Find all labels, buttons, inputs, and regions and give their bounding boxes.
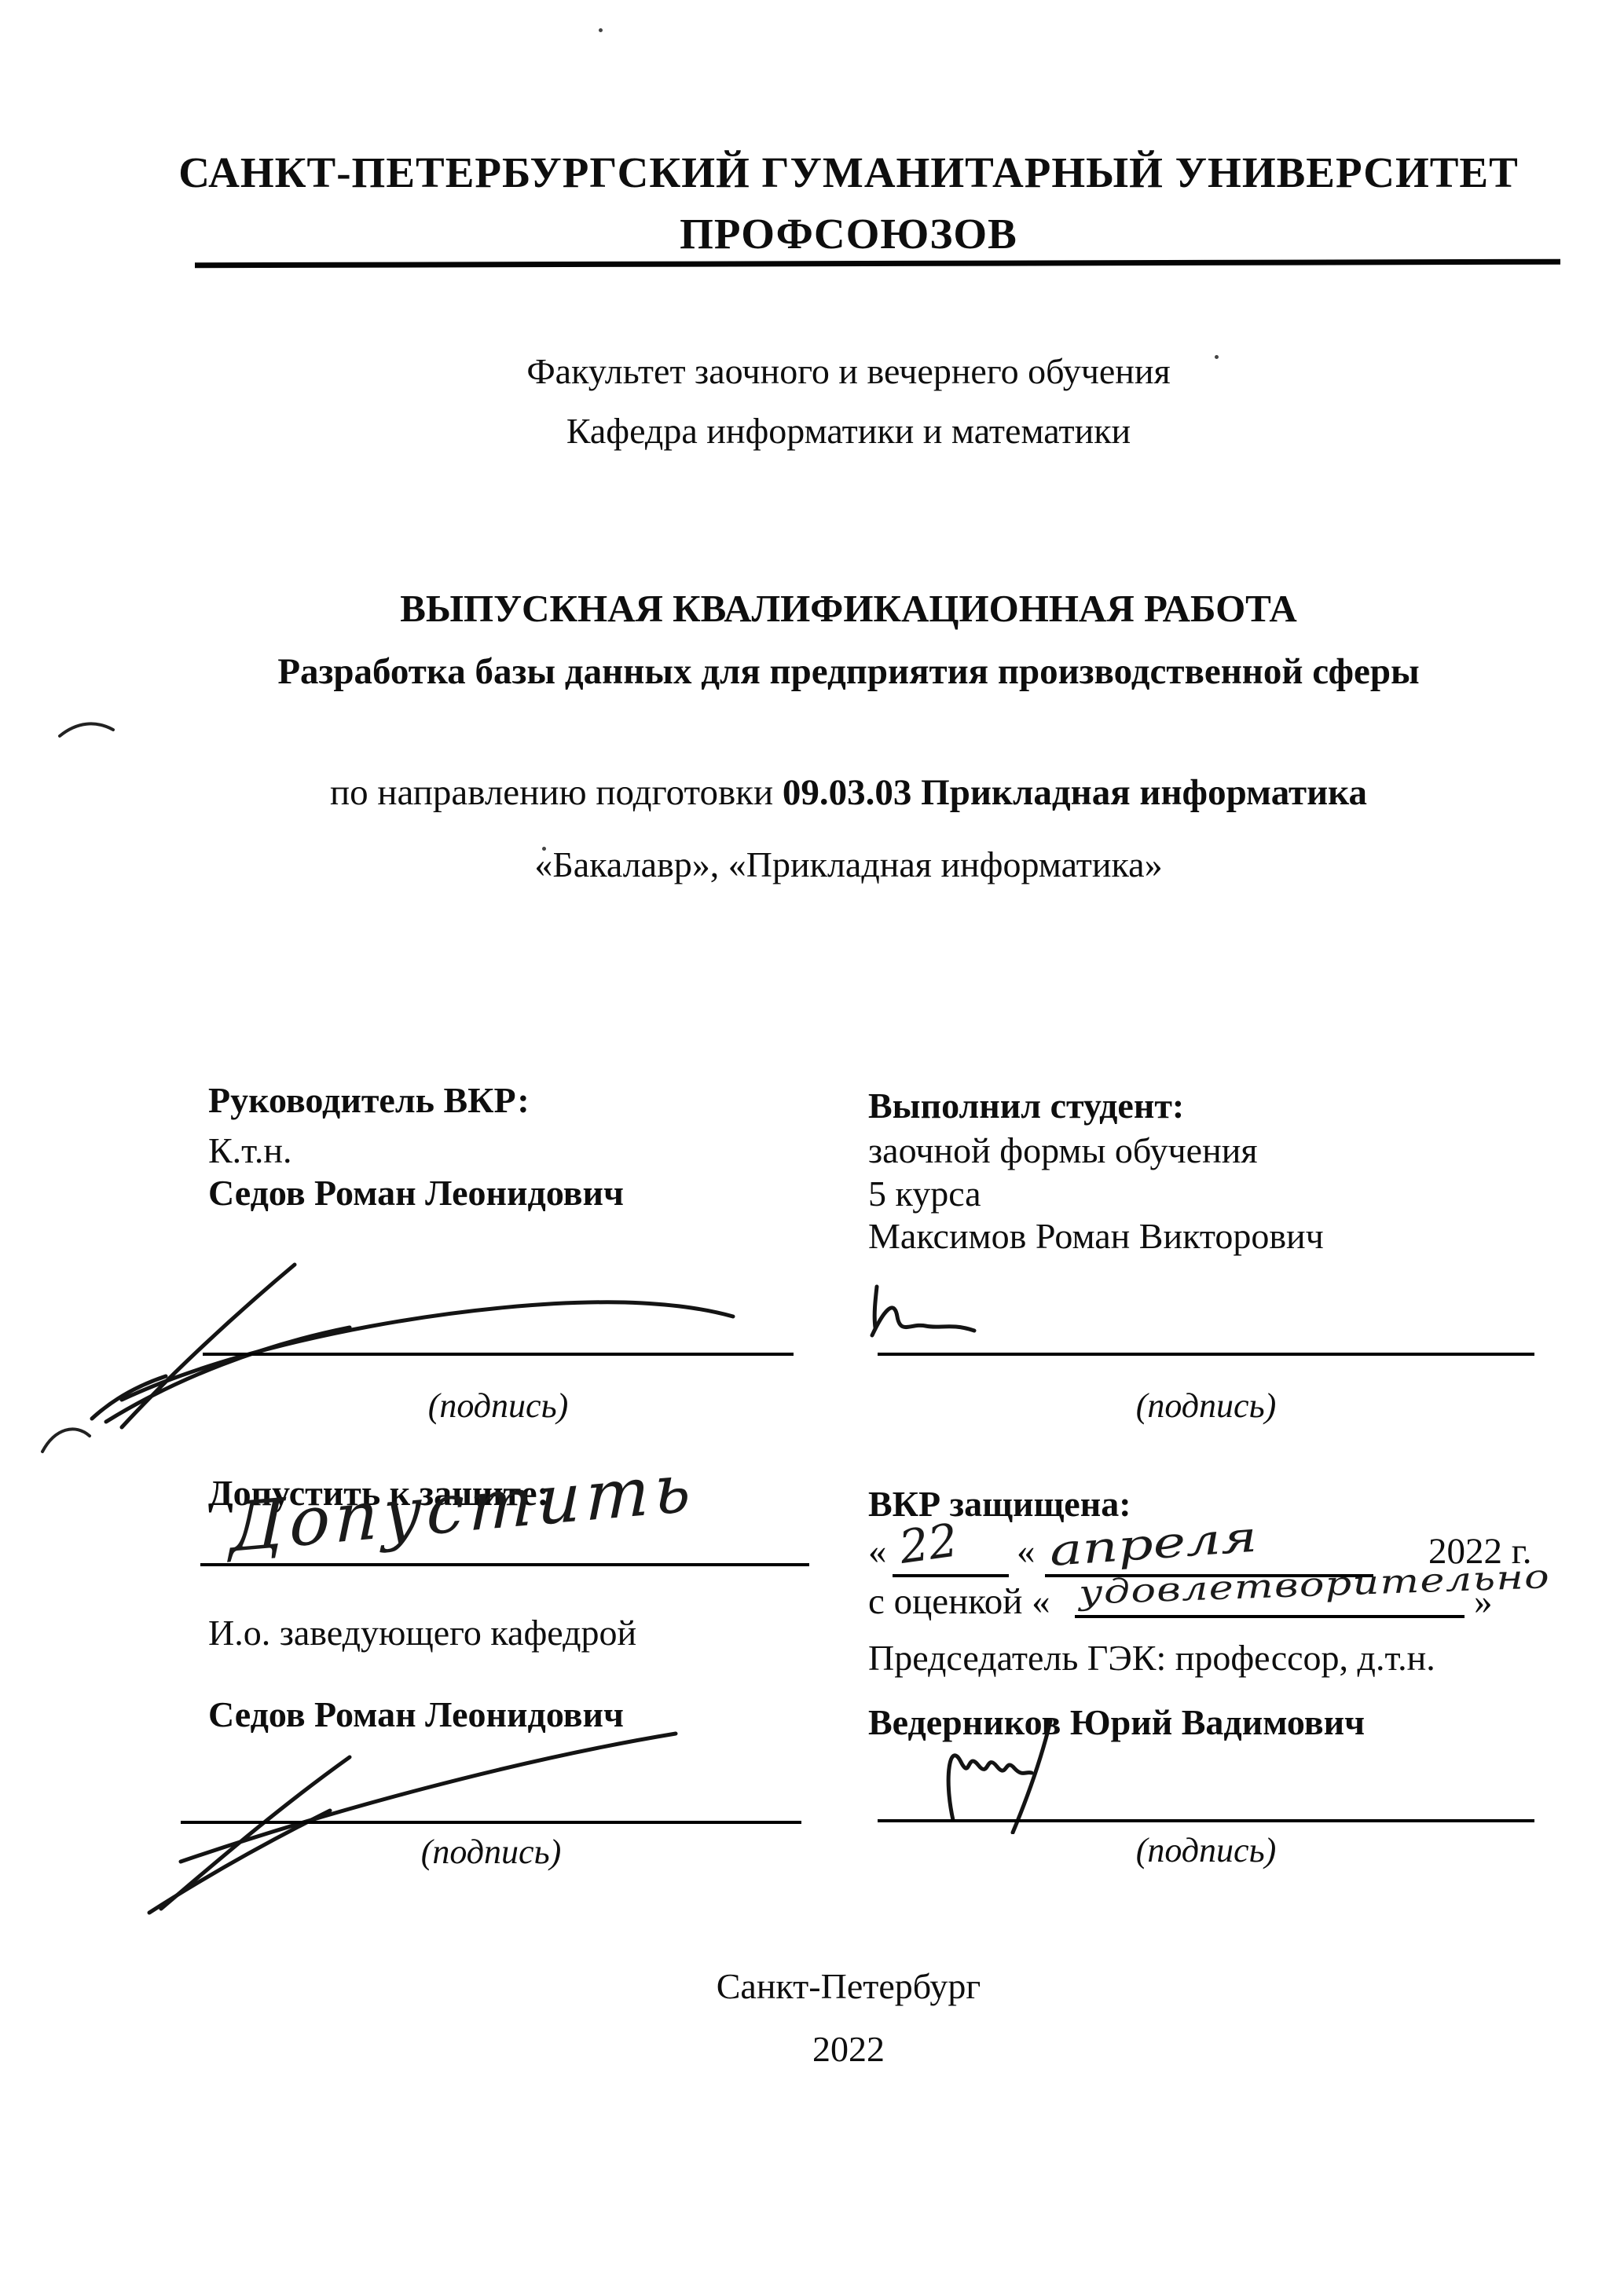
direction-line: по направлению подготовки 09.03.03 Прикл… <box>134 771 1564 814</box>
header-rule <box>195 259 1560 269</box>
defense-month-quote: « <box>1017 1530 1036 1573</box>
defense-grade-underline: удовлетворительно <box>1075 1566 1465 1618</box>
qualification-line: «Бакалавр», «Прикладная информатика» <box>134 844 1564 885</box>
student-heading: Выполнил студент: <box>868 1085 1184 1126</box>
direction-prefix: по направлению подготовки <box>330 772 783 813</box>
department-line: Кафедра информатики и математики <box>134 410 1564 452</box>
student-course: 5 курса <box>868 1173 981 1214</box>
supervisor-name: Седов Роман Леонидович <box>208 1172 624 1214</box>
defense-handwritten-day: 22 <box>896 1513 962 1574</box>
direction-code: 09.03.03 Прикладная информатика <box>783 772 1367 813</box>
defense-grade-prefix: с оценкой « <box>868 1580 1050 1623</box>
supervisor-signature-caption: (подпись) <box>203 1386 794 1426</box>
admission-resolution-line <box>200 1563 809 1566</box>
chairman-title: Председатель ГЭК: профессор, д.т.н. <box>868 1637 1435 1679</box>
student-study-form: заочной формы обучения <box>868 1130 1258 1171</box>
supervisor-heading: Руководитель ВКР: <box>208 1079 530 1121</box>
admission-signature-line <box>181 1821 801 1824</box>
admission-role: И.о. заведующего кафедрой <box>208 1612 636 1653</box>
city-line: Санкт-Петербург <box>134 1965 1564 2007</box>
student-signature <box>863 1279 996 1353</box>
university-name-line2: ПРОФСОЮЗОВ <box>134 209 1564 258</box>
supervisor-degree: К.т.н. <box>208 1130 291 1171</box>
defense-grade-suffix: » <box>1474 1580 1493 1623</box>
year-line: 2022 <box>134 2028 1564 2070</box>
student-signature-caption: (подпись) <box>878 1386 1534 1426</box>
stray-pen-mark <box>55 711 118 742</box>
supervisor-signature-line <box>203 1353 794 1356</box>
defense-signature-line <box>878 1819 1534 1822</box>
chairman-signature <box>931 1716 1080 1834</box>
university-name-line1: САНКТ-ПЕТЕРБУРГСКИЙ ГУМАНИТАРНЫЙ УНИВЕРС… <box>134 148 1564 197</box>
admission-signature-caption: (подпись) <box>181 1832 801 1872</box>
faculty-line: Факультет заочного и вечернего обучения <box>134 350 1564 392</box>
defense-day-quote: « <box>868 1530 887 1573</box>
work-type-title: ВЫПУСКНАЯ КВАЛИФИКАЦИОННАЯ РАБОТА <box>134 586 1564 631</box>
scan-speck <box>599 28 603 32</box>
student-signature-line <box>878 1353 1534 1356</box>
defense-day-underline: 22 <box>893 1514 1009 1577</box>
admission-handwritten-resolution: Допустить <box>229 1448 696 1568</box>
work-title: Разработка базы данных для предприятия п… <box>134 650 1564 693</box>
document-page: САНКТ-ПЕТЕРБУРГСКИЙ ГУМАНИТАРНЫЙ УНИВЕРС… <box>0 0 1624 2296</box>
student-name: Максимов Роман Викторович <box>868 1215 1324 1257</box>
defense-signature-caption: (подпись) <box>878 1830 1534 1870</box>
department-head-signature <box>126 1716 715 1917</box>
